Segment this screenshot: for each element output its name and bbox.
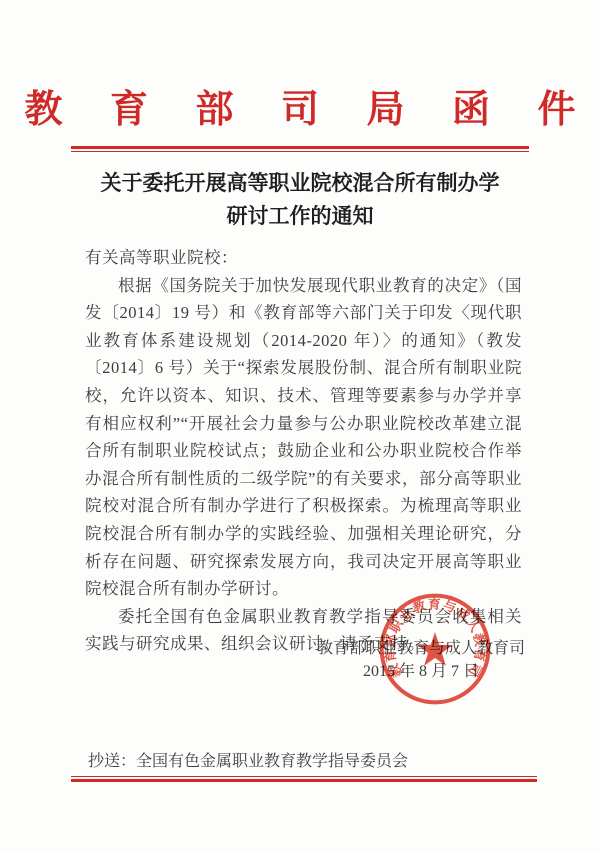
letterhead-title: 教 育 部 司 局 函 件 [0,90,600,130]
salutation: 有关高等职业院校： [85,244,522,272]
signature-date: 2015 年 8 月 7 日 [315,660,527,683]
signature-department: 教育部职业教育与成人教育司 [315,637,527,660]
cc-line: 抄送：全国有色金属职业教育教学指导委员会 [88,751,537,773]
document-title-line2: 研讨工作的通知 [0,200,600,233]
signature-block: 教育部职业教育与成人教育司 2015 年 8 月 7 日 [315,637,527,683]
cc-recipient: 全国有色金属职业教育教学指导委员会 [136,753,408,770]
footer-double-rule [71,776,537,782]
cc-footer: 抄送：全国有色金属职业教育教学指导委员会 [71,751,537,782]
letter-body: 有关高等职业院校： 根据《国务院关于加快发展现代职业教育的决定》（国发〔2014… [85,244,522,658]
cc-label: 抄送： [88,753,136,770]
document-title: 关于委托开展高等职业院校混合所有制办学 研讨工作的通知 [0,167,600,233]
paragraph: 根据《国务院关于加快发展现代职业教育的决定》（国发〔2014〕19 号）和《教育… [85,272,522,603]
header-double-rule [71,146,529,152]
document-title-line1: 关于委托开展高等职业院校混合所有制办学 [0,167,600,200]
scanned-letter-page: 教 育 部 司 局 函 件 关于委托开展高等职业院校混合所有制办学 研讨工作的通… [0,0,600,853]
